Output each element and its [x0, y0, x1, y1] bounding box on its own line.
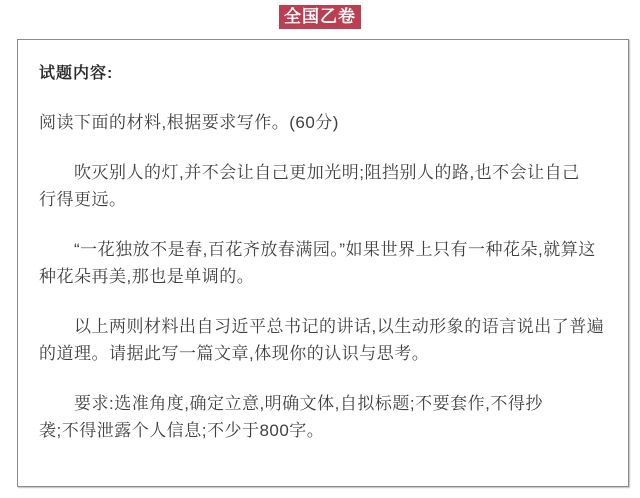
- section-title: 试题内容:: [39, 62, 608, 86]
- exam-question-page: 全国乙卷 试题内容: 阅读下面的材料,根据要求写作。(60分) 吹灭别人的灯,并…: [0, 0, 640, 498]
- requirements-paragraph: 要求:选准角度,确定立意,明确文体,自拟标题;不要套作,不得抄 袭;不得泄露个人…: [39, 390, 608, 444]
- exam-label-row: 全国乙卷: [0, 0, 640, 30]
- instruction-paragraph: 阅读下面的材料,根据要求写作。(60分): [39, 109, 608, 136]
- exam-paper-badge: 全国乙卷: [279, 5, 361, 29]
- prompt-paragraph: 以上两则材料出自习近平总书记的讲话,以生动形象的语言说出了普遍 的道理。请据此写…: [39, 313, 608, 367]
- question-content-box: 试题内容: 阅读下面的材料,根据要求写作。(60分) 吹灭别人的灯,并不会让自己…: [17, 39, 629, 487]
- material-paragraph-2: “一花独放不是春,百花齐放春满园。”如果世界上只有一种花朵,就算这 种花朵再美,…: [39, 236, 608, 290]
- material-paragraph-1: 吹灭别人的灯,并不会让自己更加光明;阻挡别人的路,也不会让自己 行得更远。: [39, 159, 608, 213]
